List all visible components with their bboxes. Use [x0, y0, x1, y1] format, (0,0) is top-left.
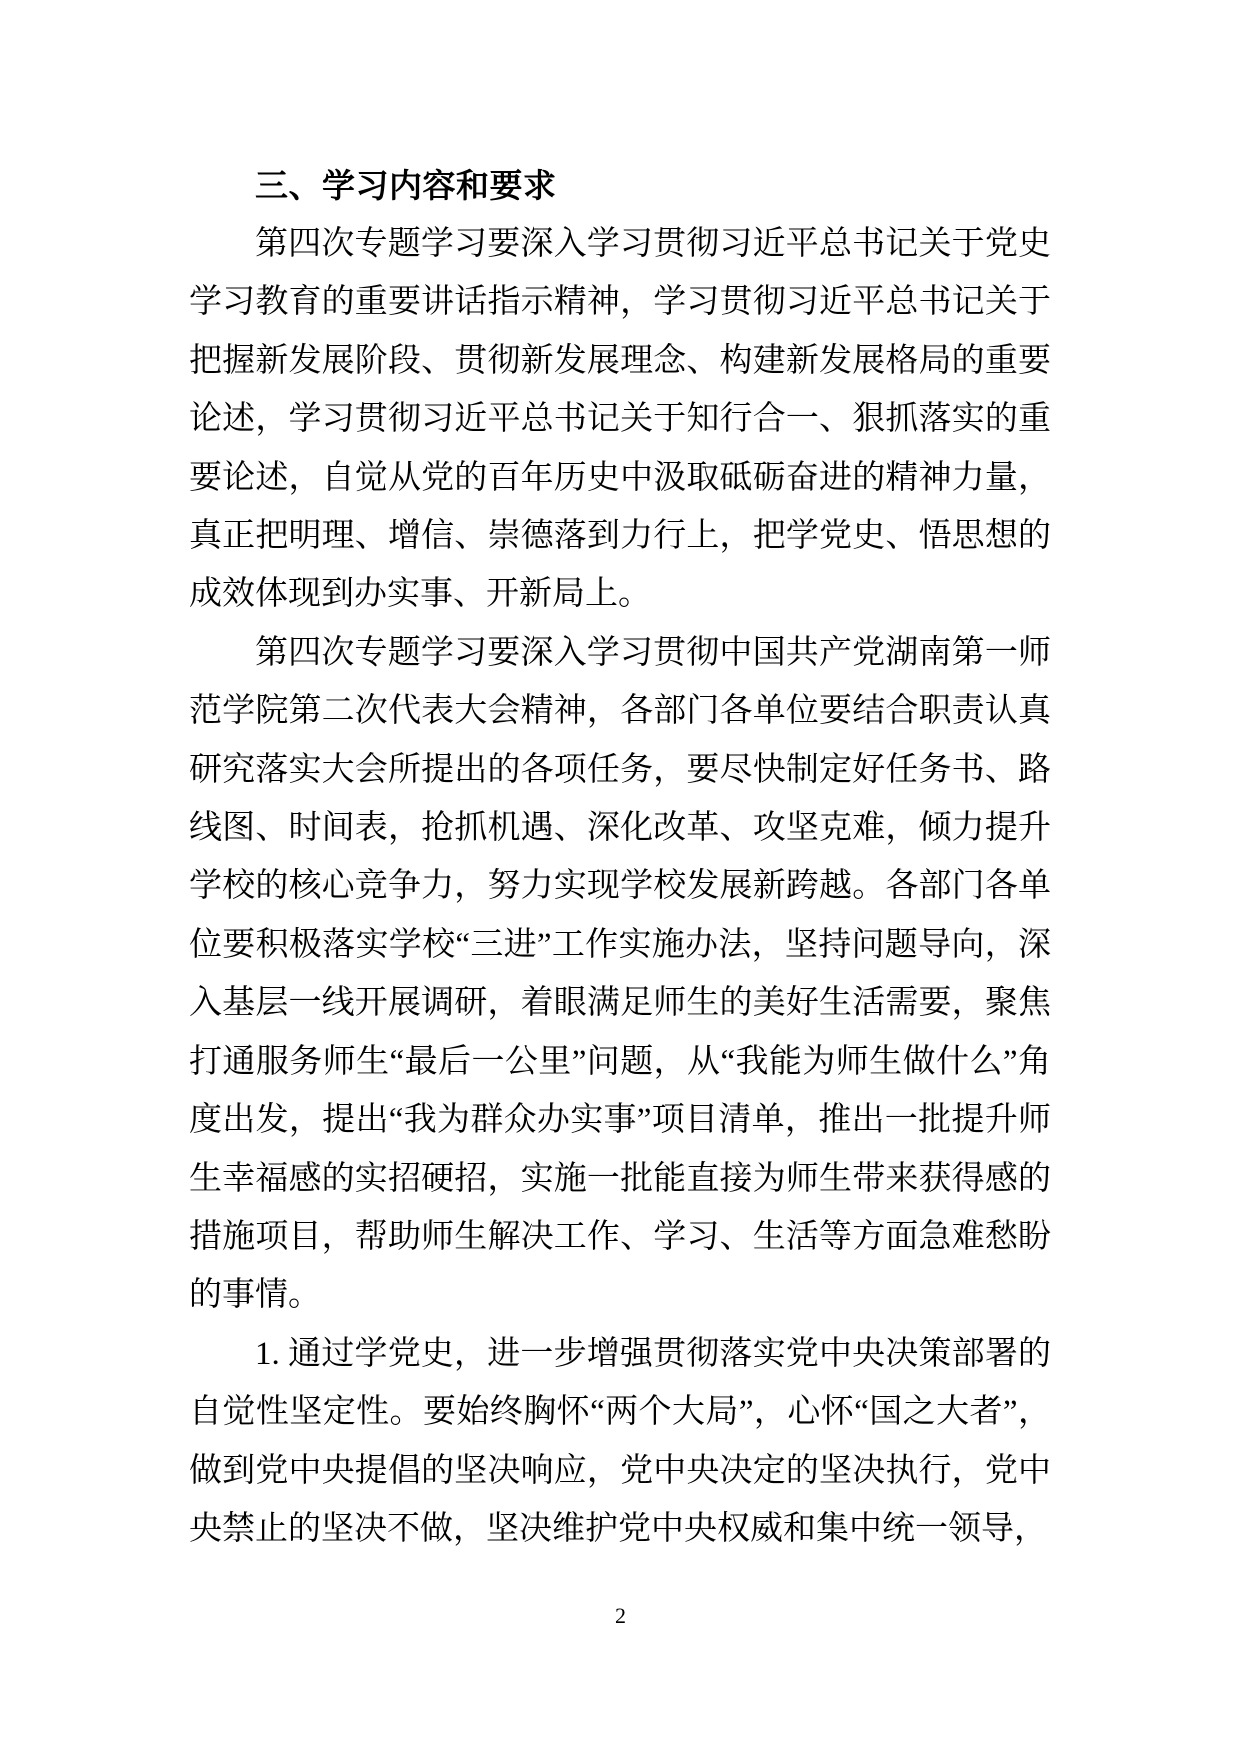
section-heading: 三、学习内容和要求: [189, 157, 1051, 215]
document-body: 三、学习内容和要求 第四次专题学习要深入学习贯彻习近平总书记关于党史学习教育的重…: [189, 157, 1051, 1558]
paragraph-2: 第四次专题学习要深入学习贯彻中国共产党湖南第一师范学院第二次代表大会精神，各部门…: [189, 624, 1051, 1325]
paragraph-3: 1. 通过学党史，进一步增强贯彻落实党中央决策部署的自觉性坚定性。要始终胸怀“两…: [189, 1325, 1051, 1559]
document-page: 三、学习内容和要求 第四次专题学习要深入学习贯彻习近平总书记关于党史学习教育的重…: [0, 0, 1241, 1755]
paragraph-1: 第四次专题学习要深入学习贯彻习近平总书记关于党史学习教育的重要讲话指示精神，学习…: [189, 215, 1051, 624]
page-number: 2: [0, 1602, 1241, 1630]
